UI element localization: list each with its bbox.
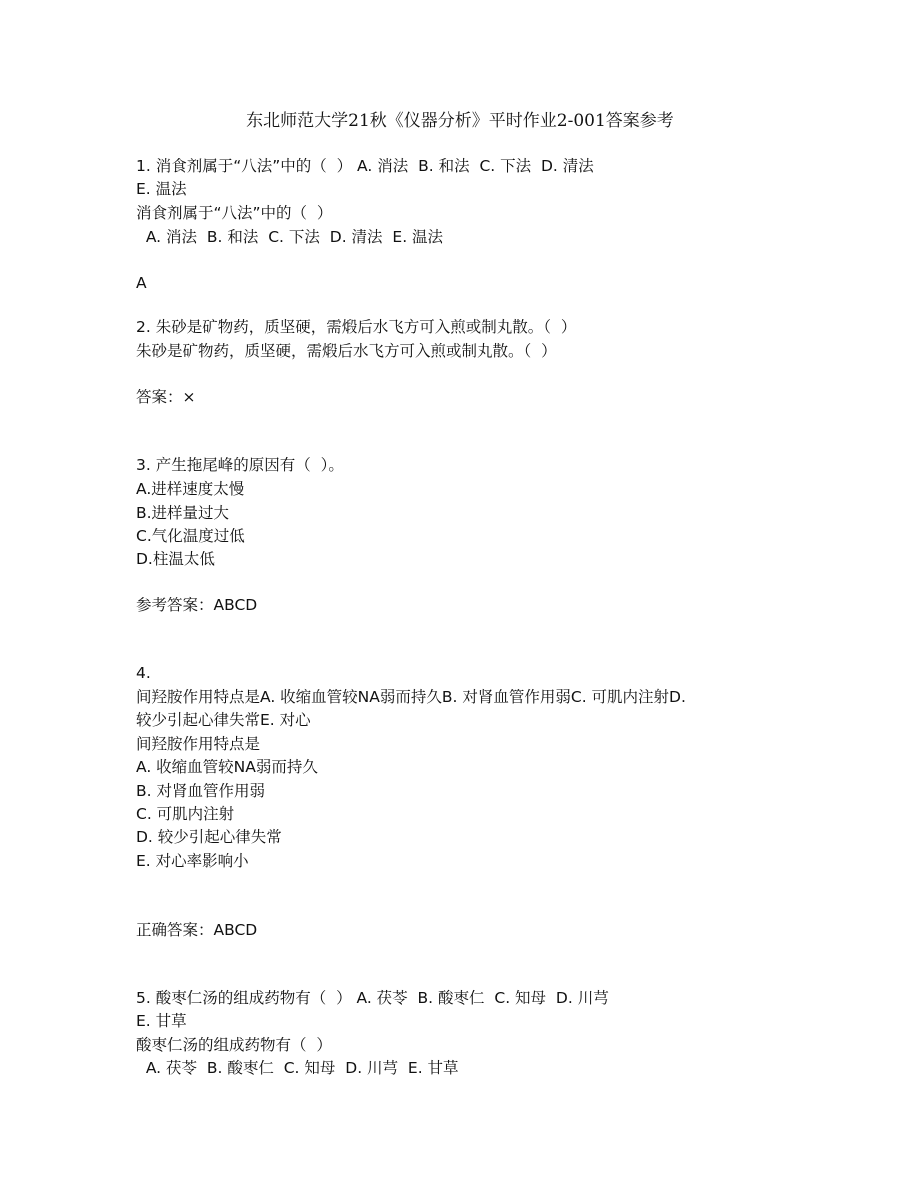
question-4-option-e: E. 对心率影响小: [136, 850, 249, 872]
question-1-line-2: E. 温法: [136, 178, 187, 200]
question-5-line-3: 酸枣仁汤的组成药物有（ ）: [136, 1034, 332, 1056]
question-4-option-b: B. 对肾血管作用弱: [136, 780, 265, 802]
question-2-line-2: 朱砂是矿物药，质坚硬，需煅后水飞方可入煎或制丸散。（ ）: [136, 340, 557, 362]
question-2-answer: 答案：×: [136, 386, 196, 408]
question-5-line-4: A. 茯苓 B. 酸枣仁 C. 知母 D. 川芎 E. 甘草: [136, 1057, 459, 1079]
question-4-option-a: A. 收缩血管较NA弱而持久: [136, 756, 318, 778]
question-4-stem: 间羟胺作用特点是: [136, 733, 260, 755]
question-1-line-1: 1. 消食剂属于“八法”中的（ ） A. 消法 B. 和法 C. 下法 D. 清…: [136, 155, 594, 177]
document-title: 东北师范大学21秋《仪器分析》平时作业2-001答案参考: [0, 108, 920, 134]
question-5-line-2: E. 甘草: [136, 1010, 187, 1032]
question-2-line-1: 2. 朱砂是矿物药，质坚硬，需煅后水飞方可入煎或制丸散。（ ）: [136, 316, 576, 338]
question-3-answer: 参考答案：ABCD: [136, 594, 257, 616]
question-4-answer: 正确答案：ABCD: [136, 919, 257, 941]
question-4-line-3: 较少引起心律失常E. 对心: [136, 709, 311, 731]
question-3-option-a: A.进样速度太慢: [136, 478, 244, 500]
question-3-option-d: D.柱温太低: [136, 548, 215, 570]
question-5-line-1: 5. 酸枣仁汤的组成药物有（ ） A. 茯苓 B. 酸枣仁 C. 知母 D. 川…: [136, 987, 609, 1009]
question-1-line-3: 消食剂属于“八法”中的（ ）: [136, 202, 332, 224]
question-4-option-d: D. 较少引起心律失常: [136, 826, 282, 848]
question-4-option-c: C. 可肌内注射: [136, 803, 234, 825]
question-4-line-2: 间羟胺作用特点是A. 收缩血管较NA弱而持久B. 对肾血管作用弱C. 可肌内注射…: [136, 686, 686, 708]
question-3-option-c: C.气化温度过低: [136, 525, 245, 547]
question-4-number: 4.: [136, 662, 151, 684]
question-1-line-4: A. 消法 B. 和法 C. 下法 D. 清法 E. 温法: [136, 226, 443, 248]
question-3-option-b: B.进样量过大: [136, 502, 229, 524]
question-1-answer: A: [136, 272, 147, 294]
question-3-line-1: 3. 产生拖尾峰的原因有（ ）。: [136, 454, 344, 476]
